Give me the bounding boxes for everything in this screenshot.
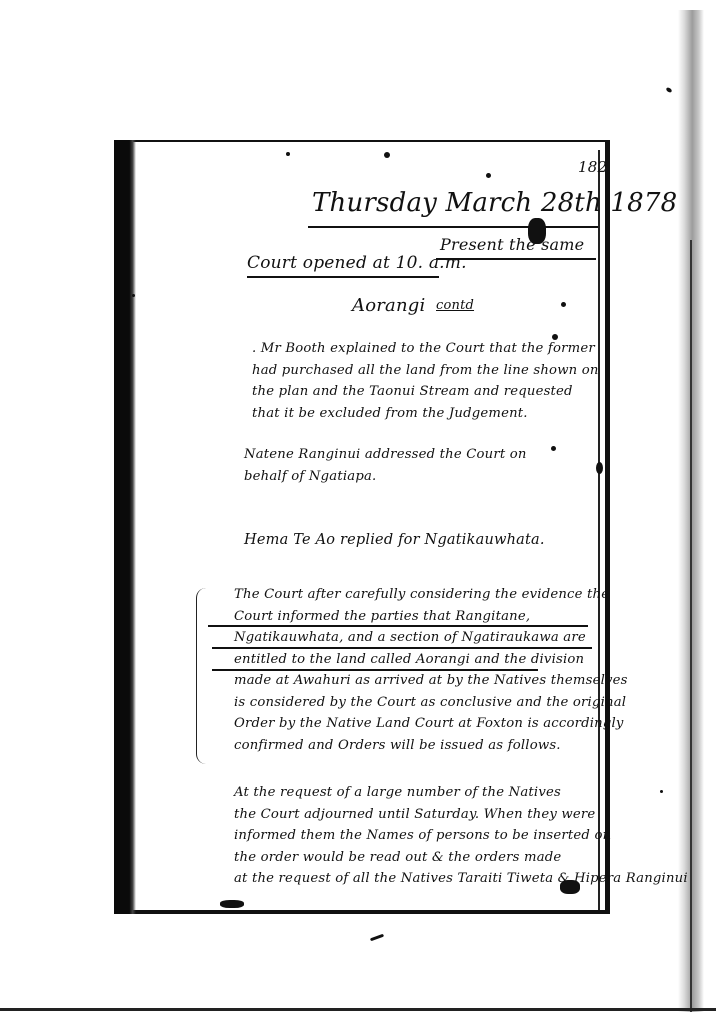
text-line: behalf of Ngatiapa. [244, 466, 527, 488]
ink-speck [552, 334, 558, 340]
ink-smudge [528, 218, 546, 244]
text-line: confirmed and Orders will be issued as f… [234, 735, 628, 757]
text-line: the Court adjourned until Saturday. When… [234, 804, 688, 826]
text-line: Order by the Native Land Court at Foxton… [234, 713, 628, 735]
text-line: At the request of a large number of the … [234, 782, 688, 804]
text-line: made at Awahuri as arrived at by the Nat… [234, 670, 628, 692]
text-line: had purchased all the land from the line… [252, 360, 599, 382]
margin-bracket [196, 588, 207, 764]
text-line: Court informed the parties that Rangitan… [234, 606, 628, 628]
text-line: Ngatikauwhata, and a section of Ngatirau… [234, 627, 628, 649]
case-title: Aorangi [352, 295, 425, 316]
text-line: is considered by the Court as conclusive… [234, 692, 628, 714]
text-line: that it be excluded from the Judgement. [252, 403, 599, 425]
paragraph-hema: Hema Te Ao replied for Ngatikauwhata. [244, 530, 545, 552]
page-left-dark-edge [114, 140, 136, 914]
text-line: the plan and the Taonui Stream and reque… [252, 381, 599, 403]
ink-speck [132, 294, 135, 297]
ink-speck [486, 173, 491, 178]
paragraph-booth: . Mr Booth explained to the Court that t… [252, 338, 599, 424]
ink-speck [561, 302, 566, 307]
date-heading: Thursday March 28th 1878 [312, 188, 677, 218]
text-line: informed them the Names of persons to be… [234, 825, 688, 847]
ink-speck [384, 152, 390, 158]
text-line: the order would be read out & the orders… [234, 847, 688, 869]
ink-smudge [560, 880, 580, 894]
text-line: . Mr Booth explained to the Court that t… [252, 338, 599, 360]
judgement-underline-1 [208, 625, 588, 627]
date-underline [308, 226, 598, 228]
judgement-underline-3 [212, 669, 538, 671]
court-opened-note: Court opened at 10. a.m. [247, 253, 467, 273]
text-line: Natene Ranginui addressed the Court on [244, 444, 527, 466]
ink-stroke [370, 934, 384, 942]
page-number: 182 [578, 158, 607, 176]
case-continued-mark: contd [436, 298, 474, 313]
court-opened-underline [247, 276, 439, 278]
ink-stroke [665, 87, 672, 94]
ink-speck [286, 152, 290, 156]
text-line: at the request of all the Natives Tarait… [234, 868, 688, 890]
ink-speck [596, 462, 603, 474]
present-note: Present the same [440, 235, 584, 254]
text-line: The Court after carefully considering th… [234, 584, 628, 606]
paragraph-natene: Natene Ranginui addressed the Court on b… [244, 444, 527, 487]
scan-bottom-edge [0, 1008, 716, 1011]
ink-speck [660, 790, 663, 793]
judgement-underline-2 [212, 647, 592, 649]
scan-binding-line [690, 240, 692, 1012]
ink-speck [551, 446, 556, 451]
ink-smudge [220, 900, 244, 908]
text-line: Hema Te Ao replied for Ngatikauwhata. [244, 530, 545, 552]
text-line: entitled to the land called Aorangi and … [234, 649, 628, 671]
paragraph-adjournment: At the request of a large number of the … [234, 782, 688, 890]
